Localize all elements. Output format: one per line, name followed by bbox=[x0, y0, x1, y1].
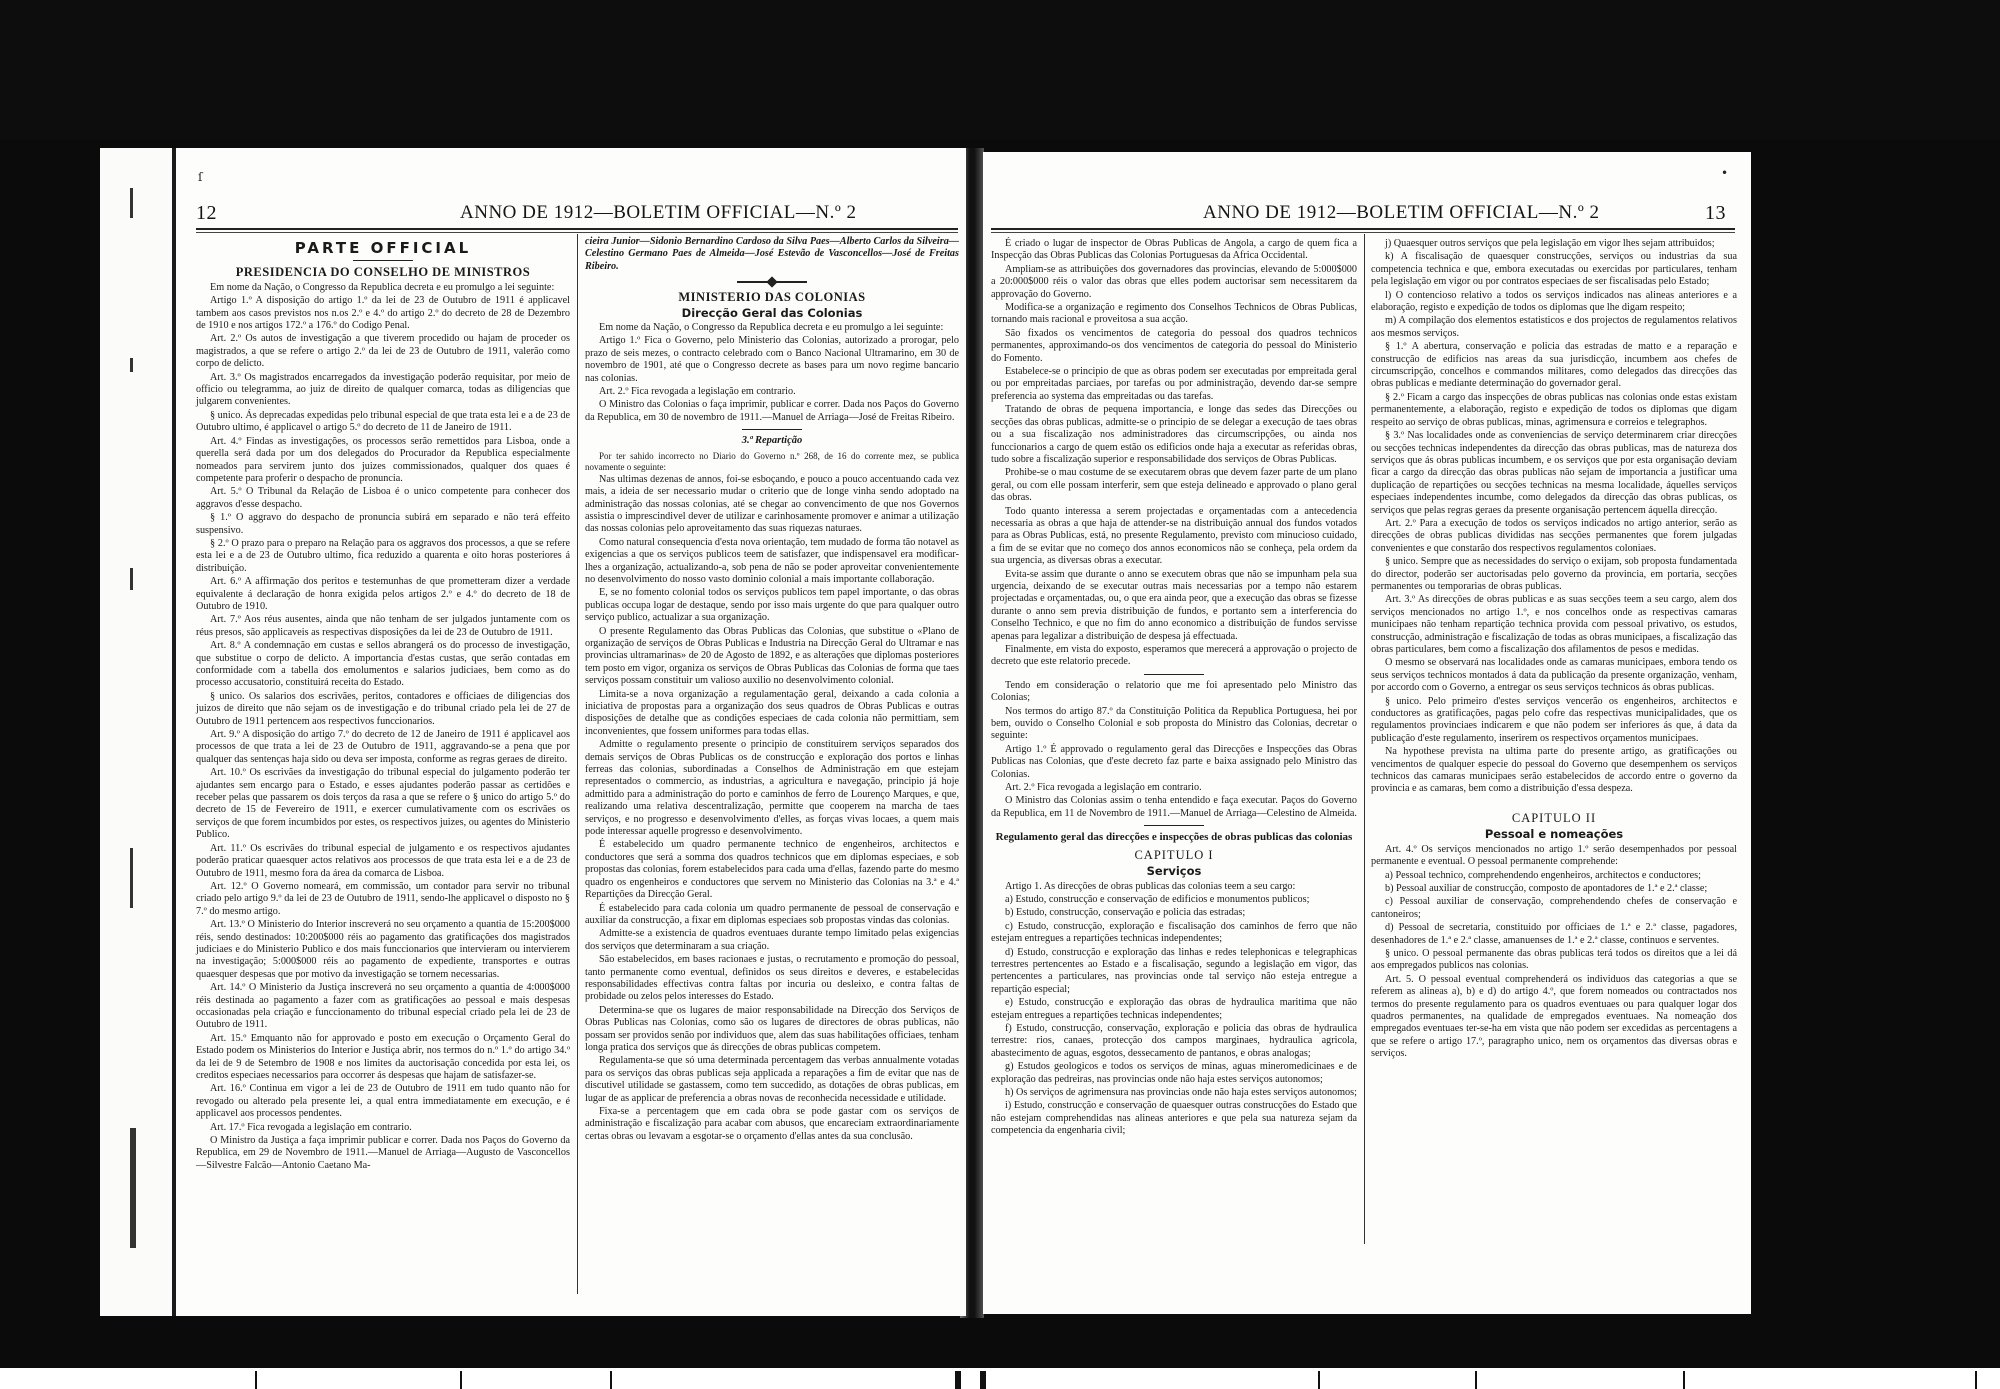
header-rule bbox=[991, 228, 1735, 233]
correction-note: Por ter sahido incorrecto no Diario do G… bbox=[585, 451, 959, 473]
paragraph: Art. 3.º As direcções de obras publicas … bbox=[1371, 594, 1737, 656]
section-title: MINISTERIO DAS COLONIAS bbox=[585, 291, 959, 303]
paragraph: Art. 12.º O Governo nomeará, em commissã… bbox=[196, 881, 570, 918]
paragraph: Em nome da Nação, o Congresso da Republi… bbox=[585, 322, 959, 334]
column-right-2: j) Quaesquer outros serviços que pela le… bbox=[1371, 238, 1737, 1298]
section-title: PARTE OFFICIAL bbox=[196, 242, 570, 254]
paragraph: Evita-se assim que durante o anno se exe… bbox=[991, 569, 1357, 643]
paragraph: Art. 4.º Findas as investigações, os pro… bbox=[196, 436, 570, 486]
signatures: cieira Junior—Sidonio Bernardino Cardoso… bbox=[585, 236, 959, 273]
chapter-subtitle: Serviços bbox=[991, 865, 1357, 877]
repartition-title: 3.ª Repartição bbox=[585, 435, 959, 447]
paragraph: § 2.º Ficam a cargo das inspecções de ob… bbox=[1371, 392, 1737, 429]
paragraph: Prohibe-se o mau costume de se executare… bbox=[991, 467, 1357, 504]
paragraph: Ampliam-se as attribuições dos governado… bbox=[991, 264, 1357, 301]
paragraph: Fixa-se a percentagem que em cada obra s… bbox=[585, 1106, 959, 1143]
paragraph: Art. 3.º Os magistrados encarregados da … bbox=[196, 372, 570, 409]
paragraph: b) Pessoal auxiliar de construcção, comp… bbox=[1371, 883, 1737, 895]
paragraph: Nas ultimas dezenas de annos, foi-se esb… bbox=[585, 474, 959, 536]
subsection-title: Direcção Geral das Colonias bbox=[585, 307, 959, 319]
paragraph: Estabelece-se o principio de que as obra… bbox=[991, 366, 1357, 403]
column-divider bbox=[577, 234, 578, 1294]
paragraph: Regulamenta-se que só uma determinada pe… bbox=[585, 1055, 959, 1105]
column-left-1: PARTE OFFICIAL PRESIDENCIA DO CONSELHO D… bbox=[196, 238, 570, 1298]
paragraph: Artigo 1.º A disposição do artigo 1.º da… bbox=[196, 295, 570, 332]
paragraph: É criado o lugar de inspector de Obras P… bbox=[991, 238, 1357, 263]
paragraph: c) Pessoal auxiliar de conservação, comp… bbox=[1371, 896, 1737, 921]
paragraph: f) Estudo, construcção, conservação, exp… bbox=[991, 1023, 1357, 1060]
paragraph: e) Estudo, construcção e exploração das … bbox=[991, 997, 1357, 1022]
paragraph: l) O contencioso relativo a todos os ser… bbox=[1371, 290, 1737, 315]
chapter-title: CAPITULO I bbox=[991, 849, 1357, 861]
paragraph: d) Estudo, construcção e exploração das … bbox=[991, 947, 1357, 997]
paragraph: Art. 5. O pessoal eventual comprehenderá… bbox=[1371, 974, 1737, 1061]
paragraph: Art. 13.º O Ministerio do Interior inscr… bbox=[196, 919, 570, 981]
paragraph: Artigo 1.º É approvado o regulamento ger… bbox=[991, 744, 1357, 781]
paragraph: a) Pessoal technico, comprehendendo enge… bbox=[1371, 870, 1737, 882]
paragraph: Art. 2.º Para a execução de todos os ser… bbox=[1371, 518, 1737, 555]
print-mark: ſ bbox=[198, 170, 202, 184]
paragraph: d) Pessoal de secretaria, constituido po… bbox=[1371, 922, 1737, 947]
print-mark: • bbox=[1721, 166, 1728, 180]
paragraph: O mesmo se observará nas localidades ond… bbox=[1371, 657, 1737, 694]
paragraph: Admitte o regulamento presente o princip… bbox=[585, 739, 959, 838]
chapter-title: CAPITULO II bbox=[1371, 812, 1737, 824]
column-right-1: É criado o lugar de inspector de Obras P… bbox=[991, 238, 1357, 1298]
paragraph: Art. 11.º Os escrivães do tribunal espec… bbox=[196, 843, 570, 880]
paragraph: Art. 9.º A disposição do artigo 7.º do d… bbox=[196, 729, 570, 766]
paragraph: Art. 8.º A condemnação em custas e sello… bbox=[196, 640, 570, 690]
paragraph: § unico. Os salarios dos escrivães, peri… bbox=[196, 691, 570, 728]
paragraph: Determina-se que os lugares de maior res… bbox=[585, 1005, 959, 1055]
paragraph: Tratando de obras de pequena importancia… bbox=[991, 404, 1357, 466]
binding-margin bbox=[100, 148, 176, 1316]
paragraph: Art. 17.º Fica revogada a legislação em … bbox=[196, 1122, 570, 1134]
paragraph: i) Estudo, construcção e conservação de … bbox=[991, 1100, 1357, 1137]
paragraph: O Ministro das Colonias o faça imprimir,… bbox=[585, 399, 959, 424]
column-left-2: cieira Junior—Sidonio Bernardino Cardoso… bbox=[585, 236, 959, 1296]
page-number: 13 bbox=[1705, 202, 1726, 225]
paragraph: São fixados os vencimentos de categoria … bbox=[991, 328, 1357, 365]
header-rule bbox=[196, 228, 958, 233]
paragraph: g) Estudos geologicos e todos os serviço… bbox=[991, 1061, 1357, 1086]
paragraph: Art. 4.º Os serviços mencionados no arti… bbox=[1371, 844, 1737, 869]
paragraph: Art. 10.º Os escrivães da investigação d… bbox=[196, 767, 570, 841]
running-head: ANNO DE 1912—BOLETIM OFFICIAL—N.º 2 bbox=[460, 202, 857, 224]
paragraph: Tendo em consideração o relatorio que me… bbox=[991, 680, 1357, 705]
regulation-title: Regulamento geral das direcções e inspec… bbox=[991, 831, 1357, 843]
paragraph: § unico. Pelo primeiro d'estes serviços … bbox=[1371, 696, 1737, 746]
paragraph: Art. 2.º Fica revogada a legislação em c… bbox=[585, 386, 959, 398]
paragraph: O Ministro das Colonias assim o tenha en… bbox=[991, 795, 1357, 820]
paragraph: Artigo 1.º Fica o Governo, pelo Minister… bbox=[585, 335, 959, 385]
paragraph: h) Os serviços de agrimensura nas provin… bbox=[991, 1087, 1357, 1099]
paragraph: § 1.º O aggravo do despacho de pronuncia… bbox=[196, 512, 570, 537]
paragraph: Artigo 1. As direcções de obras publicas… bbox=[991, 881, 1357, 893]
paragraph: O Ministro da Justiça a faça imprimir pu… bbox=[196, 1135, 570, 1172]
paragraph: Limita-se a nova organização a regulamen… bbox=[585, 689, 959, 739]
paragraph: Art. 5.º O Tribunal da Relação de Lisboa… bbox=[196, 486, 570, 511]
paragraph: § unico. Ás deprecadas expedidas pelo tr… bbox=[196, 410, 570, 435]
paragraph: Finalmente, em vista do exposto, esperam… bbox=[991, 644, 1357, 669]
paragraph: Art. 6.º A affirmação dos peritos e test… bbox=[196, 576, 570, 613]
paragraph: Admitte-se a existencia de quadros event… bbox=[585, 928, 959, 953]
paragraph: m) A compilação dos elementos estatistic… bbox=[1371, 315, 1737, 340]
subsection-title: PRESIDENCIA DO CONSELHO DE MINISTROS bbox=[196, 266, 570, 278]
paragraph: § 3.º Nas localidades onde as convenienc… bbox=[1371, 430, 1737, 517]
paragraph: Art. 2.º Fica revogada a legislação em c… bbox=[991, 782, 1357, 794]
paragraph: Art. 14.º O Ministerio da Justiça inscre… bbox=[196, 982, 570, 1032]
paragraph: a) Estudo, construcção e conservação de … bbox=[991, 894, 1357, 906]
column-divider bbox=[1364, 234, 1365, 1244]
paragraph: Nos termos do artigo 87.º da Constituiçã… bbox=[991, 706, 1357, 743]
paragraph: c) Estudo, construcção, exploração e fis… bbox=[991, 921, 1357, 946]
paragraph: Em nome da Nação, o Congresso da Republi… bbox=[196, 282, 570, 294]
paragraph: E, se no fomento colonial todos os servi… bbox=[585, 587, 959, 624]
paragraph: § 2.º O prazo para o preparo na Relação … bbox=[196, 538, 570, 575]
paragraph: § 1.º A abertura, conservação e policia … bbox=[1371, 341, 1737, 391]
paragraph: § unico. Sempre que as necessidades do s… bbox=[1371, 556, 1737, 593]
paragraph: São estabelecidos, em bases racionaes e … bbox=[585, 954, 959, 1004]
paragraph: É estabelecido para cada colonia um quad… bbox=[585, 903, 959, 928]
paragraph: Na hypothese prevista na ultima parte do… bbox=[1371, 746, 1737, 796]
chapter-subtitle: Pessoal e nomeações bbox=[1371, 828, 1737, 840]
paragraph: k) A fiscalisação de quaesquer construcç… bbox=[1371, 251, 1737, 288]
left-page: ſ 12 ANNO DE 1912—BOLETIM OFFICIAL—N.º 2… bbox=[100, 148, 966, 1316]
right-page: • ANNO DE 1912—BOLETIM OFFICIAL—N.º 2 13… bbox=[983, 152, 1751, 1314]
paragraph: É estabelecido um quadro permanente tech… bbox=[585, 839, 959, 901]
paragraph: b) Estudo, construcção, conservação e po… bbox=[991, 907, 1357, 919]
paragraph: Art. 7.º Aos réus ausentes, ainda que nã… bbox=[196, 614, 570, 639]
paragraph: Art. 16.º Continua em vigor a lei de 23 … bbox=[196, 1083, 570, 1120]
paragraph: Modifica-se a organização e regimento do… bbox=[991, 302, 1357, 327]
paragraph: j) Quaesquer outros serviços que pela le… bbox=[1371, 238, 1737, 250]
paragraph: Art. 15.º Emquanto não for approvado e p… bbox=[196, 1033, 570, 1083]
paragraph: Como natural consequencia d'esta nova or… bbox=[585, 537, 959, 587]
running-head: ANNO DE 1912—BOLETIM OFFICIAL—N.º 2 bbox=[1203, 202, 1600, 224]
scanner-background-top bbox=[0, 0, 2000, 140]
paragraph: Art. 2.º Os autos de investigação a que … bbox=[196, 333, 570, 370]
paragraph: O presente Regulamento das Obras Publica… bbox=[585, 626, 959, 688]
paragraph: Todo quanto interessa a serem projectada… bbox=[991, 506, 1357, 568]
film-strip-edge bbox=[0, 1368, 2000, 1389]
paragraph: § unico. O pessoal permanente das obras … bbox=[1371, 948, 1737, 973]
page-number: 12 bbox=[196, 202, 217, 225]
